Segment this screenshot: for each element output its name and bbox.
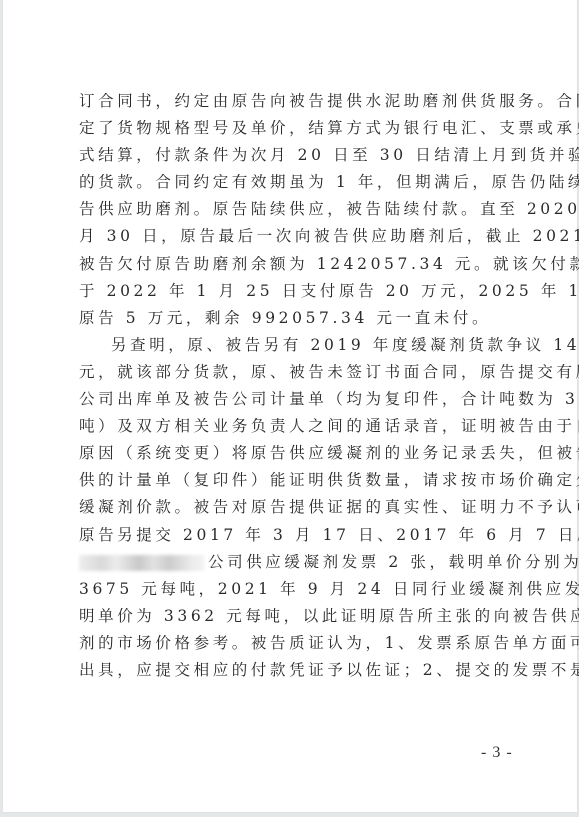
page-number: - 3 - (481, 744, 513, 762)
document-page: 订合同书，约定由原告向被告提供水泥助磨剂供货服务。合同约 定了货物规格型号及单价… (3, 0, 577, 812)
text-line: 元，就该部分货款，原、被告未签订书面合同，原告提交有原告 (79, 359, 543, 386)
text-line: 式结算，付款条件为次月 20 日至 30 日结清上月到货并验收合格 (79, 142, 543, 169)
text-line: 吨）及双方相关业务负责人之间的通话录音，证明被告由于自身 (79, 413, 543, 440)
text-line: 被告欠付原告助磨剂余额为 1242057.34 元。就该欠付款，被告 (79, 251, 543, 278)
text-line: 定了货物规格型号及单价，结算方式为银行电汇、支票或承兑方 (79, 115, 543, 142)
text-line: 原因（系统变更）将原告供应缓凝剂的业务记录丢失，但被告提 (79, 440, 543, 467)
text-line: 3675 元每吨，2021 年 9 月 24 日同行业缓凝剂供应发票 1 张，载 (79, 576, 543, 603)
text-line: 出具，应提交相应的付款凭证予以佐证；2、提交的发票不是原 (79, 657, 543, 684)
text-line-indented: 另查明，原、被告另有 2019 年度缓凝剂货款争议 140564.16 (79, 332, 543, 359)
text-line: 剂的市场价格参考。被告质证认为，1、发票系原告单方面可以 (79, 630, 543, 657)
redacted-company-name (79, 555, 204, 571)
text-line: 原告另提交 2017 年 3 月 17 日、2017 年 6 月 7 日原告向案… (79, 522, 543, 549)
text-line: 月 30 日，原告最后一次向被告供应助磨剂后，截止 2021 年底， (79, 223, 543, 250)
text-line-with-redaction: 公司供应缓凝剂发票 2 张，载明单价分别为 (79, 549, 543, 576)
text-line: 缓凝剂价款。被告对原告提供证据的真实性、证明力不予认可。 (79, 494, 543, 521)
text-line: 原告 5 万元，剩余 992057.34 元一直未付。 (79, 305, 543, 332)
text-line: 订合同书，约定由原告向被告提供水泥助磨剂供货服务。合同约 (79, 88, 543, 115)
text-line: 于 2022 年 1 月 25 日支付原告 20 万元，2025 年 1 月 1… (79, 278, 543, 305)
text-line: 的货款。合同约定有效期虽为 1 年，但期满后，原告仍陆续向被 (79, 169, 543, 196)
text-line: 供的计量单（复印件）能证明供货数量，请求按市场价确定欠付 (79, 467, 543, 494)
text-segment: 公司供应缓凝剂发票 2 张，载明单价分别为 (208, 553, 579, 571)
document-body: 订合同书，约定由原告向被告提供水泥助磨剂供货服务。合同约 定了货物规格型号及单价… (79, 88, 543, 684)
text-line: 告供应助磨剂。原告陆续供应，被告陆续付款。直至 2020 年 6 (79, 196, 543, 223)
text-line: 明单价为 3362 元每吨，以此证明原告所主张的向被告供应缓凝 (79, 603, 543, 630)
text-line: 公司出库单及被告公司计量单（均为复印件，合计吨数为 36.76 (79, 386, 543, 413)
